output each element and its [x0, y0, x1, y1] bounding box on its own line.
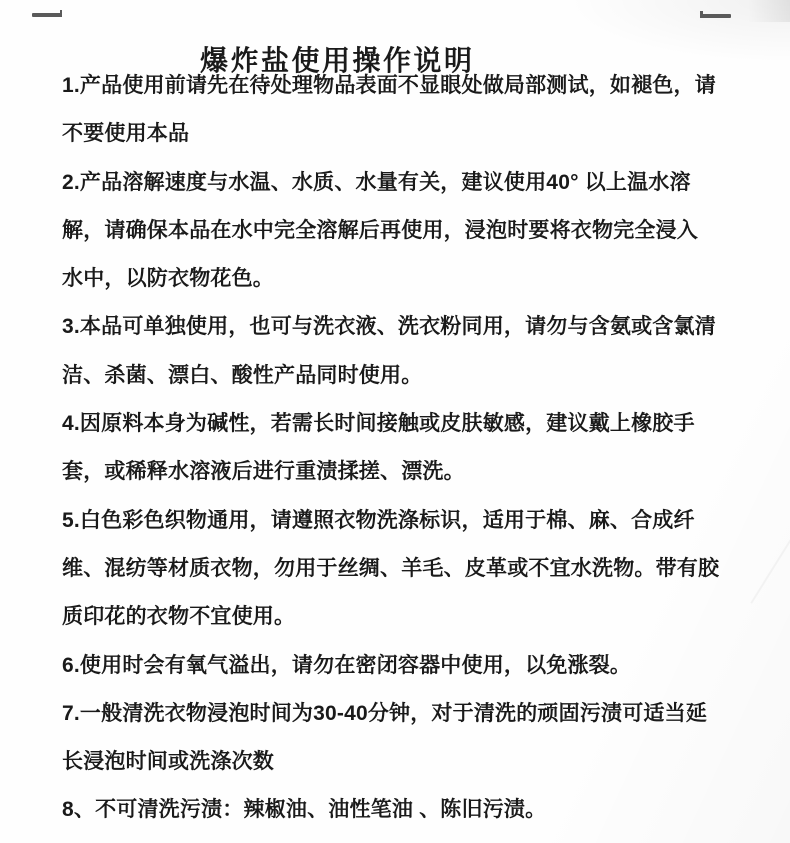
instruction-line: 套，或稀释水溶液后进行重渍揉搓、漂洗。: [62, 448, 790, 496]
instruction-line: 不要使用本品: [62, 110, 790, 158]
instruction-line: 2.产品溶解速度与水温、水质、水量有关，建议使用40° 以上温水溶: [62, 159, 790, 207]
instruction-line: 5.白色彩色织物通用，请遵照衣物洗涤标识，适用于棉、麻、合成纤: [62, 497, 790, 545]
instruction-line: 解，请确保本品在水中完全溶解后再使用，浸泡时要将衣物完全浸入: [62, 207, 790, 255]
instruction-sheet: 爆炸盐使用操作说明 1.产品使用前请先在待处理物品表面不显眼处做局部测试，如褪色…: [0, 0, 790, 843]
instruction-item-8: 8、不可清洗污渍：辣椒油、油性笔油 、陈旧污渍。: [62, 786, 790, 834]
instruction-item-4: 4.因原料本身为碱性，若需长时间接触或皮肤敏感，建议戴上橡胶手 套，或稀释水溶液…: [62, 400, 790, 497]
instruction-line: 7.一般清洗衣物浸泡时间为30-40分钟，对于清洗的顽固污渍可适当延: [62, 690, 790, 738]
corner-shadow: [748, 0, 790, 22]
instruction-line: 维、混纺等材质衣物，勿用于丝绸、羊毛、皮革或不宜水洗物。带有胶: [62, 545, 790, 593]
instruction-item-5: 5.白色彩色织物通用，请遵照衣物洗涤标识，适用于棉、麻、合成纤 维、混纺等材质衣…: [62, 497, 790, 642]
instruction-item-2: 2.产品溶解速度与水温、水质、水量有关，建议使用40° 以上温水溶 解，请确保本…: [62, 159, 790, 304]
corner-mark-left: [32, 13, 62, 17]
instruction-item-7: 7.一般清洗衣物浸泡时间为30-40分钟，对于清洗的顽固污渍可适当延 长浸泡时间…: [62, 690, 790, 787]
instruction-line: 长浸泡时间或洗涤次数: [62, 738, 790, 786]
instruction-item-3: 3.本品可单独使用，也可与洗衣液、洗衣粉同用，请勿与含氨或含氯清 洁、杀菌、漂白…: [62, 303, 790, 400]
instruction-line: 1.产品使用前请先在待处理物品表面不显眼处做局部测试，如褪色，请: [62, 62, 790, 110]
instruction-line: 3.本品可单独使用，也可与洗衣液、洗衣粉同用，请勿与含氨或含氯清: [62, 303, 790, 351]
instruction-line: 水中，以防衣物花色。: [62, 255, 790, 303]
instruction-line: 4.因原料本身为碱性，若需长时间接触或皮肤敏感，建议戴上橡胶手: [62, 400, 790, 448]
instruction-item-1: 1.产品使用前请先在待处理物品表面不显眼处做局部测试，如褪色，请 不要使用本品: [62, 62, 790, 159]
instruction-line: 洁、杀菌、漂白、酸性产品同时使用。: [62, 352, 790, 400]
instruction-list: 1.产品使用前请先在待处理物品表面不显眼处做局部测试，如褪色，请 不要使用本品 …: [62, 62, 790, 835]
corner-mark-right: [700, 14, 731, 18]
instruction-line: 质印花的衣物不宜使用。: [62, 593, 790, 641]
instruction-item-6: 6.使用时会有氧气溢出，请勿在密闭容器中使用，以免涨裂。: [62, 642, 790, 690]
instruction-line: 6.使用时会有氧气溢出，请勿在密闭容器中使用，以免涨裂。: [62, 642, 790, 690]
instruction-line: 8、不可清洗污渍：辣椒油、油性笔油 、陈旧污渍。: [62, 786, 790, 834]
